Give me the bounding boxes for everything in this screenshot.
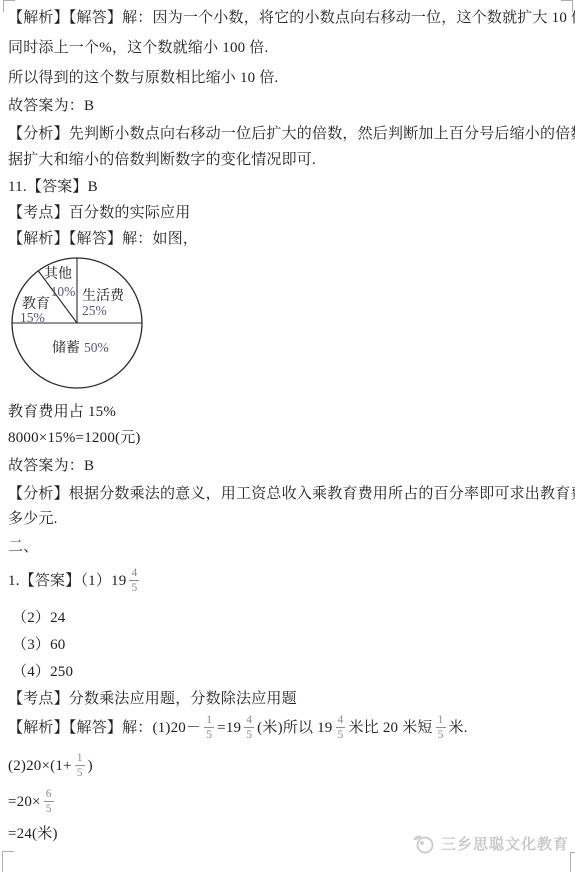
q10-conclusion: 所以得到的这个数与原数相比缩小 10 倍. (8, 68, 278, 88)
pie-label-savings: 储蓄 (52, 339, 80, 356)
s2-solution-seg2: =19 (217, 718, 241, 738)
pie-pct-savings: 50% (84, 340, 109, 355)
q10-fenxi-line1: 【分析】先判断小数点向右移动一位后扩大的倍数，然后判断加上百分号后缩小的倍数，根 (8, 124, 575, 144)
s2-q1-answer-prefix: 1.【答案】（1）19 (8, 571, 126, 591)
watermark: 三乡思聪文化教育 (410, 831, 569, 855)
s2-q1-answer-1: 1.【答案】（1）19 4 5 (8, 564, 142, 598)
q10-jiexi-line1: 【解析】【解答】解：因为一个小数，将它的小数点向右移动一位，这个数就扩大 10 … (8, 8, 575, 28)
s2-step2-line: (2)20×(1+ 1 5 ) (8, 749, 93, 783)
fraction-1-5: 1 5 (436, 714, 446, 742)
page-corner-mark-bottom-left (2, 851, 14, 872)
s2-solution-seg4: 米比 20 米短 (348, 718, 432, 738)
fraction-4-5: 4 5 (336, 714, 346, 742)
s2-step4-line: =24(米) (8, 824, 58, 844)
watermark-logo-icon (410, 831, 436, 855)
q10-answer-line: 故答案为：B (8, 96, 94, 116)
s2-solution-line: 【解析】【解答】解：(1)20－ 1 5 =19 4 5 (米)所以 19 4 … (8, 711, 468, 745)
q11-kaodian: 【考点】百分数的实际应用 (8, 203, 190, 223)
section2-heading: 二、 (8, 537, 38, 557)
s2-q1-answer-4: （4）250 (12, 662, 73, 682)
s2-q1-answer-3: （3）60 (12, 635, 66, 655)
s2-solution-prefix: 【解析】【解答】解：(1)20－ (8, 718, 201, 738)
s2-solution-seg3: (米)所以 19 (257, 718, 332, 738)
fraction-1-5: 1 5 (75, 752, 85, 780)
q10-jiexi-line2: 同时添上一个%，这个数就缩小 100 倍. (8, 38, 268, 58)
fraction-4-5: 4 5 (244, 714, 254, 742)
document-page: { "q10": { "jiexi_line1": "【解析】【解答】解：因为一… (0, 0, 575, 872)
pie-pct-living: 25% (82, 303, 107, 318)
q10-fenxi-line2: 据扩大和缩小的倍数判断数字的变化情况即可. (8, 150, 316, 170)
s2-kaodian: 【考点】分数乘法应用题，分数除法应用题 (8, 689, 297, 709)
s2-q1-answer-2: （2）24 (12, 608, 66, 628)
q11-after-chart: 教育费用占 15% (8, 402, 116, 422)
s2-step3-line: =20× 6 5 (8, 785, 57, 819)
fraction-6-5: 6 5 (44, 788, 54, 816)
q11-jiexi-intro: 【解析】【解答】解：如图， (8, 229, 198, 249)
pie-pct-other: 10% (51, 284, 76, 299)
q11-answer: 11.【答案】B (8, 177, 98, 197)
s2-step3-seg1: =20× (8, 792, 41, 812)
pie-label-living: 生活费 (82, 287, 125, 304)
q11-fenxi-line1: 【分析】根据分数乘法的意义，用工资总收入乘教育费用所占的百分率即可求出教育费用是 (8, 484, 575, 504)
s2-step2-seg1: (2)20×(1+ (8, 756, 72, 776)
pie-label-other: 其他 (44, 266, 72, 282)
q11-fenxi-line2: 多少元. (8, 509, 58, 529)
fraction-4-5: 4 5 (129, 567, 139, 595)
pie-chart: 其他 10% 生活费 25% 教育 15% 储蓄 50% (0, 255, 150, 395)
fraction-1-5: 1 5 (204, 714, 214, 742)
watermark-text: 三乡思聪文化教育 (441, 833, 569, 854)
s2-solution-seg5: 米. (449, 718, 468, 738)
s2-step2-seg2: ) (88, 756, 93, 776)
q11-answer-line: 故答案为：B (8, 456, 94, 476)
pie-pct-education: 15% (20, 310, 45, 325)
page-corner-mark-bottom-right (570, 852, 575, 872)
q11-formula: 8000×15%=1200(元) (8, 428, 141, 448)
